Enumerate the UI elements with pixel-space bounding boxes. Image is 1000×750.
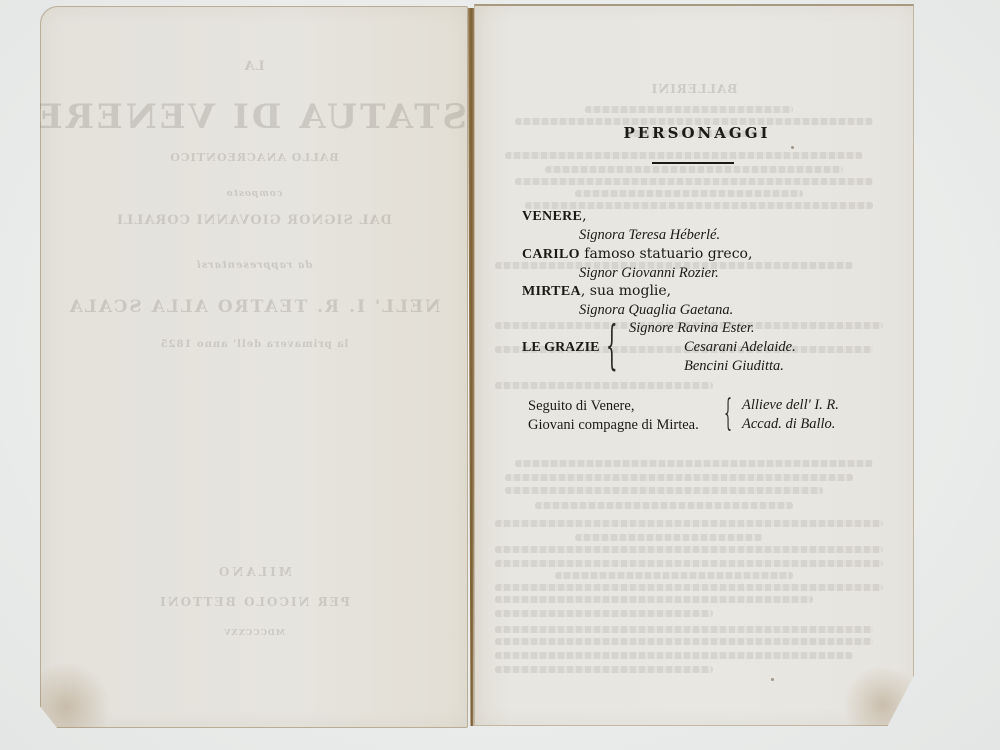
character-name: CARILO xyxy=(522,247,580,262)
character-description: , sua moglie, xyxy=(581,283,671,299)
actor-carilo: Signor Giovanni Rozier. xyxy=(579,265,719,282)
ensemble-performers-1: Allieve dell' I. R. xyxy=(742,397,839,414)
page-title: PERSONAGGI xyxy=(475,124,913,142)
ghost-rappresentarsi: da rappresentarsi xyxy=(41,260,467,271)
ghost-subtitle: BALLO ANACREONTICO xyxy=(41,151,467,164)
actor-venere: Signora Teresa Héberlé. xyxy=(579,227,720,244)
ensemble-group-seguito: Seguito di Venere, xyxy=(528,398,634,415)
character-description: , xyxy=(582,208,586,224)
ghost-author: DAL SIGNOR GIOVANNI CORALLI xyxy=(41,213,467,228)
actor-grazie-2: Cesarani Adelaide. xyxy=(684,339,796,356)
ghost-season: la primavera dell' anno 1825 xyxy=(41,339,467,350)
ensemble-group-compagne: Giovani compagne di Mirtea. xyxy=(528,417,699,434)
character-carilo: CARILO famoso statuario greco, xyxy=(522,246,752,263)
ghost-year: MDCCCXXV xyxy=(41,627,467,637)
ghost-printer: PER NICOLO BETTONI xyxy=(41,595,467,609)
character-venere: VENERE, xyxy=(522,208,587,225)
left-brace-icon: { xyxy=(724,393,732,434)
ghost-title-main: STATUA DI VENERE xyxy=(41,97,467,137)
corner-stain xyxy=(21,662,111,750)
ghost-theatre: NELL' I. R. TEATRO ALLA SCALA xyxy=(41,297,467,317)
character-description: famoso statuario greco, xyxy=(580,246,753,262)
character-le-grazie: LE GRAZIE xyxy=(522,340,599,356)
paper-speck xyxy=(791,146,794,149)
actor-grazie-3: Bencini Giuditta. xyxy=(684,358,784,375)
ghost-composto: composto xyxy=(41,189,467,199)
title-divider xyxy=(652,162,734,164)
paper-speck xyxy=(771,678,774,681)
left-page: LA STATUA DI VENERE BALLO ANACREONTICO c… xyxy=(40,6,468,728)
character-name: VENERE xyxy=(522,209,582,224)
character-mirtea: MIRTEA, sua moglie, xyxy=(522,283,671,300)
right-page: BALLERINI PERSONAGGI VENERE xyxy=(474,4,914,726)
actor-grazie-1: Signore Ravina Ester. xyxy=(629,320,755,337)
personaggi-content: PERSONAGGI VENERE, Signora Teresa Héberl… xyxy=(475,6,913,725)
actor-mirtea: Signora Quaglia Gaetana. xyxy=(579,302,733,319)
ghost-title-article: LA xyxy=(41,59,467,74)
ghost-city: MILANO xyxy=(41,565,467,579)
left-brace-icon: { xyxy=(606,316,618,376)
character-name: MIRTEA xyxy=(522,284,581,299)
ensemble-performers-2: Accad. di Ballo. xyxy=(742,416,835,433)
book-spread-scene: LA STATUA DI VENERE BALLO ANACREONTICO c… xyxy=(0,0,1000,750)
